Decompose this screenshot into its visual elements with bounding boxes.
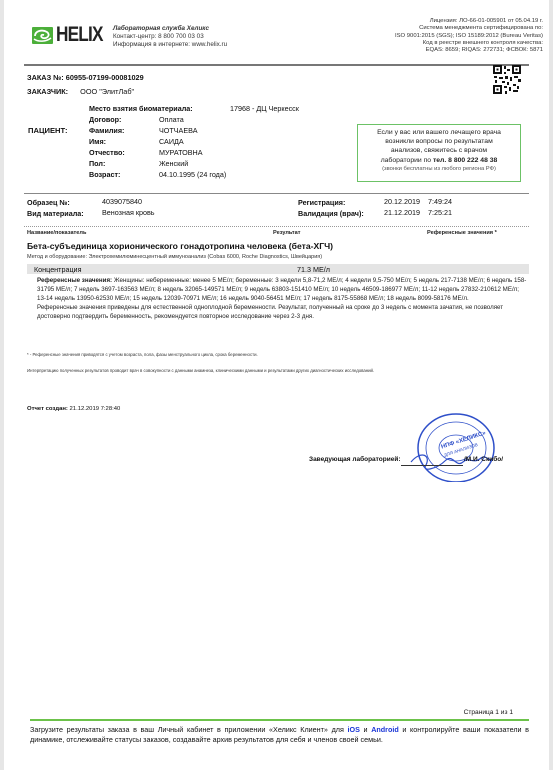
- report-created: Отчет создан: 21.12.2019 7:28:40: [27, 406, 120, 412]
- test-title: Бета-субъединица хорионического гонадотр…: [27, 241, 333, 251]
- order-number: ЗАКАЗ №: 60955-07199-00081029: [27, 73, 144, 82]
- notice-line: лаборатории по: [381, 157, 433, 164]
- material-value: Венозная кровь: [102, 208, 155, 217]
- reference-footnote: * - Референсные значения приводятся с уч…: [27, 352, 258, 357]
- license-line: Система менеджмента сертифицирована по:: [323, 25, 543, 32]
- helix-logo: HELIX: [32, 23, 113, 47]
- license-line: Лицензия: ЛО-66-01-005901 от 05.04.19 г.: [323, 18, 543, 25]
- doctor-contact-notice: Если у вас или вашего лечащего врача воз…: [357, 124, 521, 182]
- validation-time: 7:25:21: [428, 208, 452, 217]
- license-line: ISO 9001:2015 (SGS); ISO 15189:2012 (Bur…: [323, 33, 543, 40]
- result-row: Концентрация 71.3 МЕ/л: [27, 264, 529, 274]
- footer-divider: [30, 719, 529, 721]
- table-top-divider: [24, 226, 529, 227]
- field-label: Договор:: [89, 115, 121, 124]
- brand-name: HELIX: [56, 23, 103, 47]
- report-created-label: Отчет создан:: [27, 406, 68, 412]
- promo-text: и: [360, 725, 371, 734]
- sample-id-label: Образец №:: [27, 198, 70, 207]
- reference-note: Референсные значения приведены для естес…: [37, 303, 527, 321]
- column-header-name: Название/показатель: [27, 230, 86, 236]
- lab-name: Лабораторная служба Хеликс: [113, 25, 227, 33]
- field-value: МУРАТОВНА: [159, 148, 203, 157]
- field-label: Фамилия:: [89, 126, 124, 135]
- page-number: Страница 1 из 1: [464, 709, 513, 716]
- lab-contact: Контакт-центр: 8 800 700 03 03: [113, 33, 227, 41]
- sample-id-value: 4039075840: [102, 197, 142, 206]
- qr-code-icon: [493, 65, 521, 94]
- registration-label: Регистрация:: [298, 198, 345, 207]
- license-info: Лицензия: ЛО-66-01-005901 от 05.04.19 г.…: [323, 18, 543, 54]
- registration-time: 7:49:24: [428, 197, 452, 206]
- validation-label: Валидация (врач):: [298, 209, 364, 218]
- field-value: 04.10.1995 (24 года): [159, 170, 226, 179]
- notice-line: анализов, свяжитесь с врачом: [358, 146, 520, 155]
- test-method: Метод и оборудование: Электрохемилюминес…: [27, 254, 322, 260]
- customer-label: ЗАКАЗЧИК:: [27, 87, 68, 96]
- license-line: EQAS: 8659; RIQAS: 272731; ФСВОК: 5871: [323, 47, 543, 54]
- header-divider: [24, 64, 529, 66]
- field-label: Имя:: [89, 137, 106, 146]
- lab-info: Лабораторная служба Хеликс Контакт-центр…: [113, 25, 227, 49]
- interpretation-note: Интерпретацию полученных результатов про…: [27, 367, 407, 375]
- reference-values: Референсные значения: Женщины: неберемен…: [37, 276, 527, 321]
- notice-free-calls: (звонки бесплатны из любого региона РФ): [358, 165, 520, 174]
- validation-date: 21.12.2019: [384, 208, 420, 217]
- field-label: Пол:: [89, 159, 105, 168]
- license-line: Код в реестре внешнего контроля качества…: [323, 40, 543, 47]
- android-link[interactable]: Android: [371, 725, 399, 734]
- field-label: Отчество:: [89, 148, 125, 157]
- promo-text: Загрузите результаты заказа в ваш Личный…: [30, 725, 348, 734]
- registration-date: 20.12.2019: [384, 197, 420, 206]
- reference-label: Референсные значения:: [37, 277, 112, 284]
- parameter-name: Концентрация: [34, 265, 81, 274]
- helix-swirl-icon: [32, 27, 53, 44]
- sample-divider: [24, 193, 529, 194]
- report-created-value: 21.12.2019 7:28:40: [70, 406, 121, 412]
- signature-label: Заведующая лабораторией:: [309, 456, 401, 463]
- notice-line: Если у вас или вашего лечащего врача: [358, 128, 520, 137]
- column-header-result: Результат: [273, 230, 300, 236]
- field-value: ЧОТЧАЕВА: [159, 126, 198, 135]
- lab-stamp-icon: НПФ «ХЕЛИКС» ДЛЯ АНАЛИЗОВ: [401, 410, 501, 482]
- material-label: Вид материала:: [27, 209, 84, 218]
- order-number-value: 60955-07199-00081029: [66, 73, 144, 82]
- column-header-reference: Референсные значения *: [427, 230, 497, 236]
- patient-section-label: ПАЦИЕНТ:: [28, 126, 68, 135]
- field-value: САИДА: [159, 137, 184, 146]
- field-label: Возраст:: [89, 170, 120, 179]
- lab-website: Информация в интернете: www.helix.ru: [113, 41, 227, 49]
- signature-title: Заведующая лабораторией:: [309, 456, 401, 463]
- collection-site-value: 17968 - ДЦ Черкесск: [230, 104, 299, 113]
- order-customer: ЗАКАЗЧИК: ООО "ЭлитЛаб": [27, 87, 134, 96]
- lab-report-page: HELIX Лабораторная служба Хеликс Контакт…: [4, 0, 549, 770]
- ios-link[interactable]: iOS: [348, 725, 360, 734]
- collection-site-label: Место взятия биоматериала:: [89, 104, 193, 113]
- notice-line: возникли вопросы по результатам: [358, 137, 520, 146]
- customer-value: ООО "ЭлитЛаб": [80, 87, 134, 96]
- signature-line: [401, 465, 463, 466]
- field-value: Женский: [159, 159, 188, 168]
- field-value: Оплата: [159, 115, 184, 124]
- doctor-phone: тел. 8 800 222 48 38: [433, 157, 497, 164]
- parameter-result: 71.3 МЕ/л: [297, 265, 330, 274]
- order-number-label: ЗАКАЗ №:: [27, 73, 64, 82]
- app-promo: Загрузите результаты заказа в ваш Личный…: [30, 725, 529, 746]
- signatory-name: /М.И. Скибо/: [464, 456, 503, 463]
